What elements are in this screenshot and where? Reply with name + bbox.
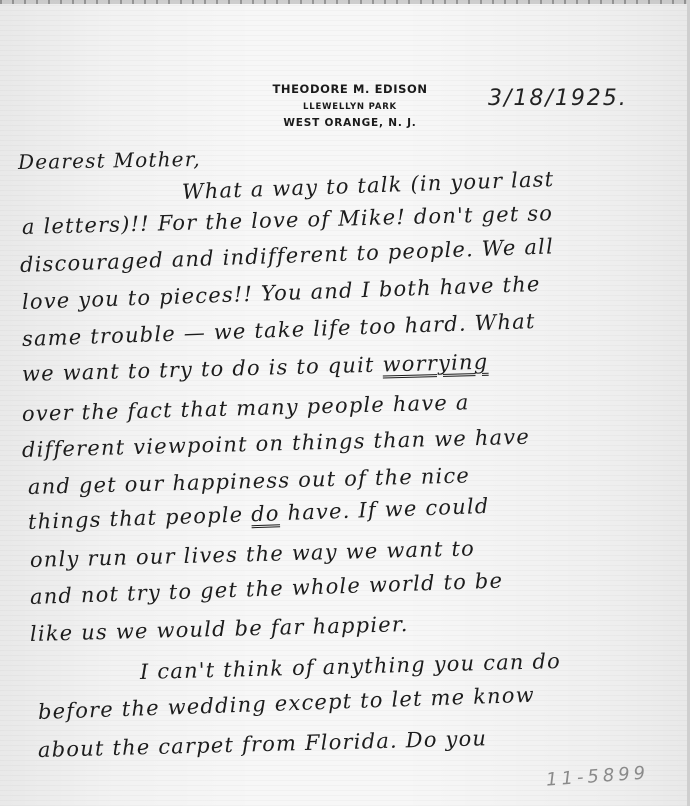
body-line: I can't think of anything you can do (140, 649, 562, 684)
body-line-text: have. If we could (279, 494, 490, 525)
body-line: different viewpoint on things than we ha… (22, 425, 531, 462)
body-line: What a way to talk (in your last (182, 167, 555, 204)
body-line: discouraged and indifferent to people. W… (20, 234, 555, 277)
body-line: love you to pieces!! You and I both have… (22, 272, 541, 314)
body-line: and not try to get the whole world to be (30, 568, 504, 609)
letter-page: THEODORE M. EDISON LLEWELLYN PARK WEST O… (0, 0, 690, 806)
body-line: over the fact that many people have a (22, 390, 470, 426)
body-line-text: we want to try to do is to quit (22, 353, 383, 386)
salutation: Dearest Mother, (18, 147, 201, 174)
body-line: before the wedding except to let me know (38, 683, 536, 724)
letterhead-name: THEODORE M. EDISON (250, 84, 450, 96)
letter-date: 3/18/1925. (488, 86, 628, 111)
archive-number: 11-5899 (545, 762, 649, 790)
emphasized-word: worrying (382, 350, 488, 377)
body-line: about the carpet from Florida. Do you (38, 726, 488, 762)
body-line: we want to try to do is to quit worrying (22, 350, 489, 386)
body-line: a letters)!! For the love of Mike! don't… (22, 201, 554, 239)
body-line: only run our lives the way we want to (30, 536, 476, 572)
body-line: same trouble — we take life too hard. Wh… (22, 309, 536, 351)
body-line-text: things that people (28, 502, 252, 534)
letterhead-location: LLEWELLYN PARK (250, 103, 450, 112)
body-line: and get our happiness out of the nice (28, 463, 471, 499)
body-line: like us we would be far happier. (30, 612, 409, 646)
body-line: things that people do have. If we could (28, 494, 490, 534)
letterhead: THEODORE M. EDISON LLEWELLYN PARK WEST O… (250, 84, 450, 129)
emphasized-word: do (251, 501, 280, 526)
letterhead-city: WEST ORANGE, N. J. (250, 118, 450, 129)
page-top-edge (0, 0, 690, 4)
